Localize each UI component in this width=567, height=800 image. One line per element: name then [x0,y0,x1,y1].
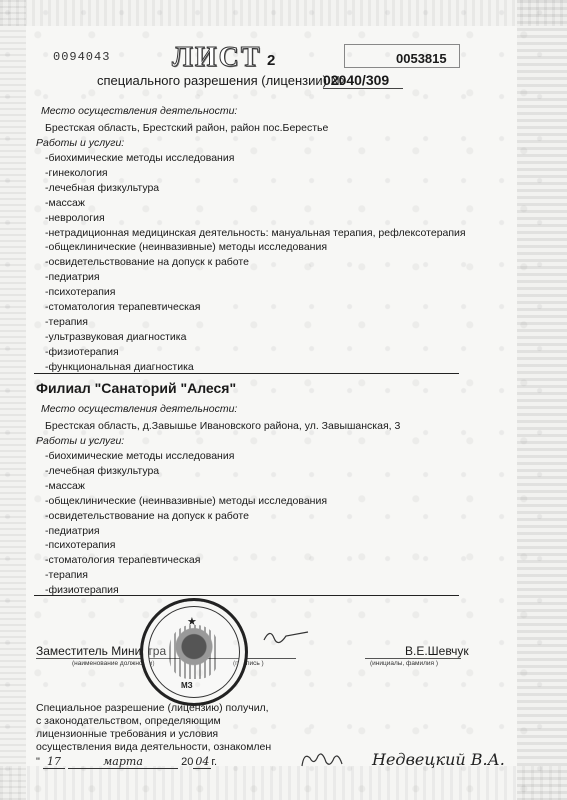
official-seal: ★ МЗ [140,598,248,706]
service-item: -биохимические методы исследования [45,450,234,462]
service-item: -общеклинические (неинвазивные) методы и… [45,241,327,253]
date-month: марта [68,755,178,769]
service-item: -стоматология терапевтическая [45,301,200,313]
quote-open: " [36,756,40,768]
service-item: -ультразвуковая диагностика [45,331,186,343]
name-line [365,658,461,659]
document-title: ЛИСТ [172,42,262,74]
service-item: -психотерапия [45,286,116,298]
scan-edge-right [517,0,567,800]
license-sheet: 0094043 ЛИСТ 2 0053815 специального разр… [0,0,567,800]
service-item: -освидетельствование на допуск к работе [45,256,249,268]
service-item: -физиотерапия [45,346,119,358]
scan-edge-bottom [0,766,567,800]
divider-1 [34,373,459,374]
service-item: -терапия [45,316,88,328]
acknowledgement-text: Специальное разрешение (лицензию) получи… [36,702,276,754]
scan-edge-top [0,0,567,26]
seal-text: МЗ [181,681,193,690]
place-label-2: Место осуществления деятельности: [41,403,237,415]
service-item: -освидетельствование на допуск к работе [45,510,249,522]
service-item: -стоматология терапевтическая [45,554,200,566]
service-item: -биохимические методы исследования [45,152,234,164]
service-item: -неврология [45,212,105,224]
recipient-scribble-icon [298,748,346,772]
date-year: 04 [193,755,211,769]
sheet-number: 2 [267,52,275,69]
caption-name: (инициалы, фамилия ) [370,660,438,667]
service-item: -гинекология [45,167,108,179]
service-item: -терапия [45,569,88,581]
serial-number-left: 0094043 [53,50,110,64]
divider-2 [34,595,459,596]
date-day: 17 [43,755,65,769]
acknowledgement-date: " 17 марта 2004г. [36,755,217,769]
branch-title: Филиал "Санаторий "Алеся" [36,380,236,396]
service-item: -педиатрия [45,271,100,283]
service-item: -педиатрия [45,525,100,537]
coat-of-arms-icon [169,625,219,679]
date-suffix: г. [211,756,217,768]
scan-edge-left [0,0,26,800]
official-signature [262,626,312,650]
document-subtitle: специального разрешения (лицензии) № [97,73,345,88]
service-item: -массаж [45,197,85,209]
signature-scribble-icon [262,626,312,646]
license-number: 02040/309 [323,72,403,89]
service-item: -общеклинические (неинвазивные) методы и… [45,495,327,507]
place-value-2: Брестская область, д.Завышье Ивановского… [45,420,400,432]
services-label-1: Работы и услуги: [36,137,124,149]
service-item: -массаж [45,480,85,492]
service-item: -функциональная диагностика [45,361,194,373]
signatory-name: В.Е.Шевчук [405,644,469,658]
place-label-1: Место осуществления деятельности: [41,105,237,117]
service-item: -лечебная физкультура [45,465,159,477]
service-item: -лечебная физкультура [45,182,159,194]
services-label-2: Работы и услуги: [36,435,124,447]
service-item: -психотерапия [45,539,116,551]
recipient-signature [298,748,346,776]
place-value-1: Брестская область, Брестский район, райо… [45,122,328,134]
date-year-prefix: 20 [181,756,193,768]
service-item: -нетрадиционная медицинская деятельность… [45,227,466,239]
recipient-name: Недвецкий В.А. [372,750,505,769]
serial-number-right: 0053815 [396,51,447,66]
